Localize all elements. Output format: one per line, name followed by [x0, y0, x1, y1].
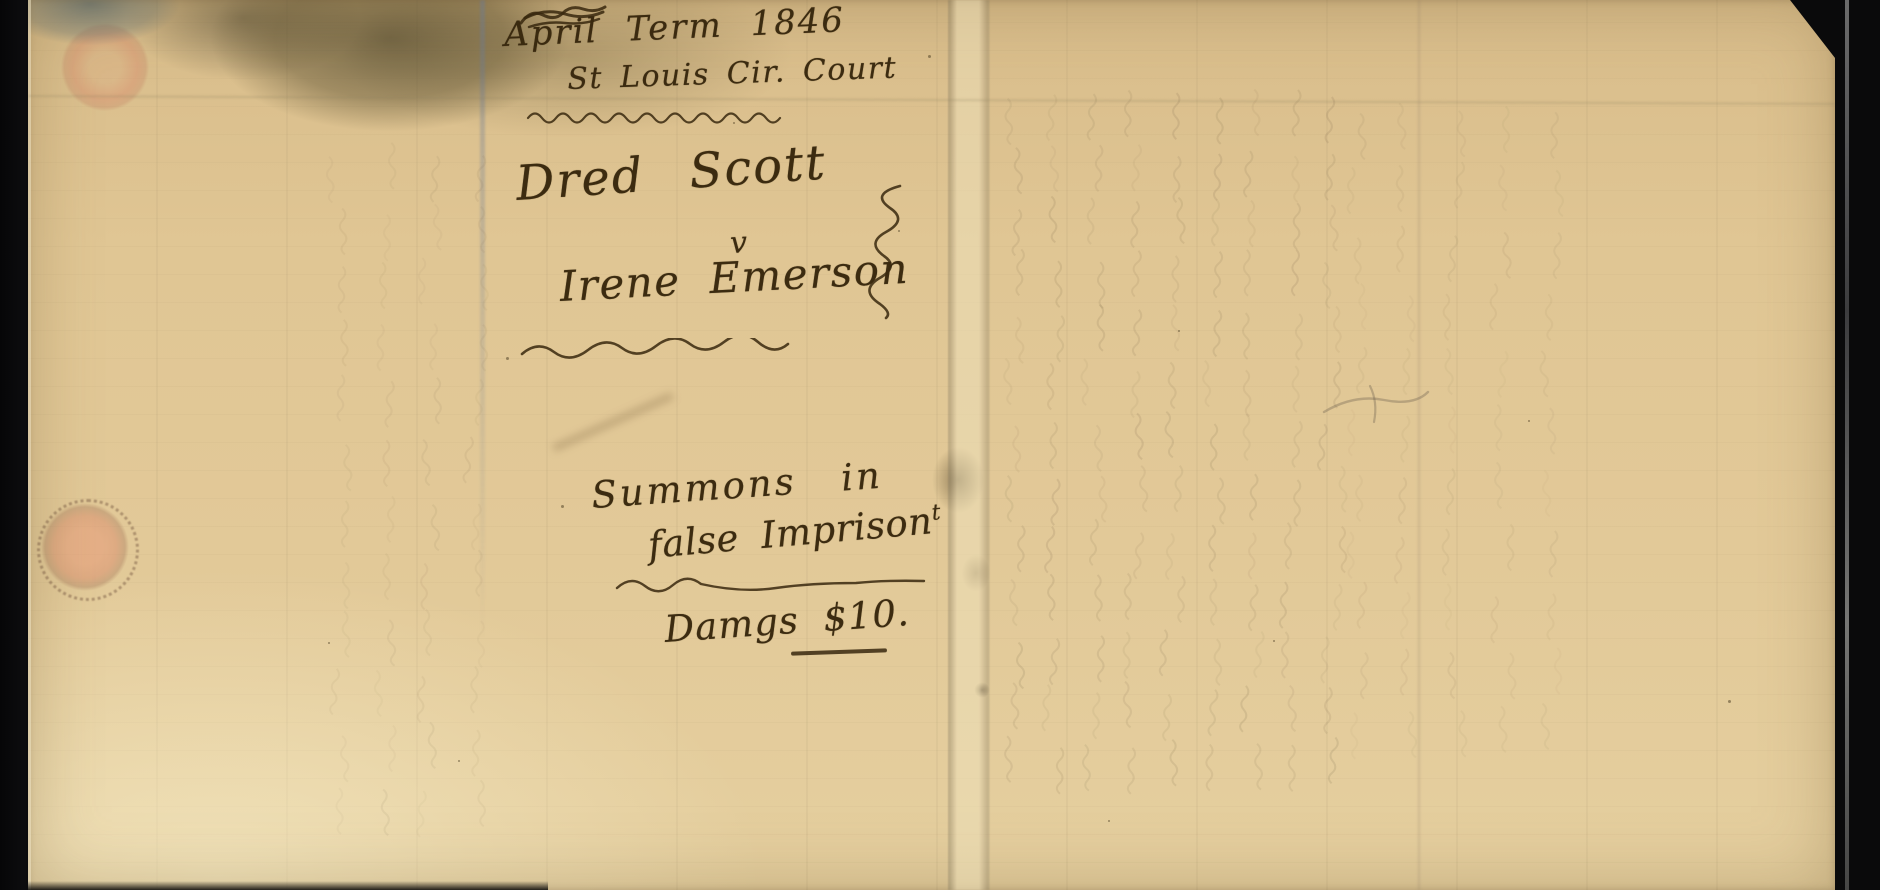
paper-speck [458, 760, 460, 762]
court-line: St Louis Cir. Court [567, 51, 898, 97]
fold-crease-center [948, 0, 990, 890]
photo-background: April Term 1846 St Louis Cir. Court Dred… [0, 0, 1880, 890]
fold-crease-right [1418, 0, 1420, 890]
flourish-divider-2 [518, 338, 796, 364]
paper-speck [1728, 700, 1731, 703]
paper-speck [561, 505, 564, 508]
paper-speck [1108, 820, 1110, 822]
paper-speck [928, 55, 931, 58]
document-paper: April Term 1846 St Louis Cir. Court Dred… [28, 0, 1835, 890]
damages-underline [791, 648, 887, 655]
paper-speck [1273, 640, 1275, 642]
plaintiff-name: Dred Scott [514, 134, 828, 212]
smudge-streak [552, 392, 674, 452]
paper-speck [328, 642, 330, 644]
horizontal-crease [28, 95, 1835, 105]
paper-speck [898, 230, 900, 232]
action-line-2-superscript: t [931, 500, 942, 526]
case-brace-flourish [848, 182, 936, 320]
pencil-mark [1318, 378, 1433, 430]
paper-left-edge-highlight [28, 0, 31, 890]
paper-speck [506, 357, 509, 360]
paper-bottom-edge-shadow [28, 881, 548, 890]
fold-crease-left [480, 0, 485, 640]
paper-speck [733, 122, 735, 124]
paper-speck [1528, 420, 1530, 422]
paper-edge-line [1845, 0, 1849, 890]
bleed-through-layer [28, 0, 1835, 890]
flourish-divider-1 [525, 105, 793, 125]
stamp-middle-left-ring [37, 499, 139, 601]
paper-speck [1178, 330, 1180, 332]
